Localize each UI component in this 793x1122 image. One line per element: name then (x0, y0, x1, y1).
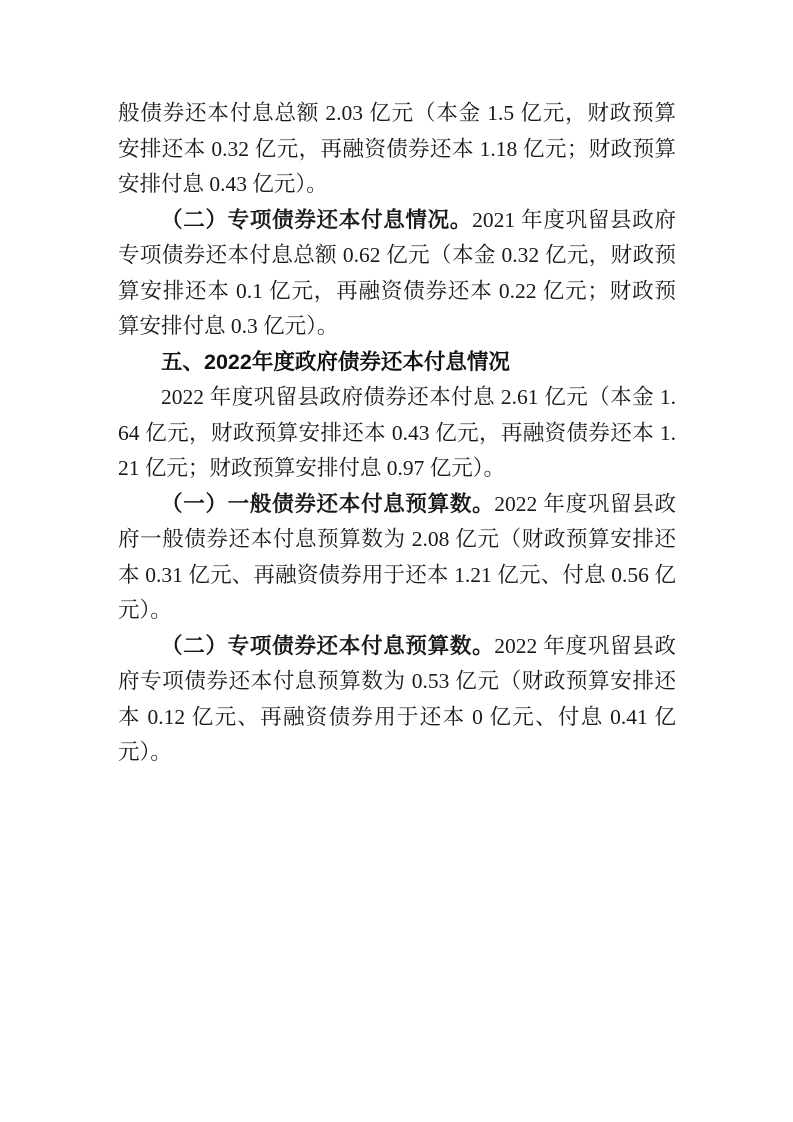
paragraph-lead-general-bond-budget-2022: （一）一般债券还本付息预算数。 (161, 492, 494, 516)
paragraph-text: 般债券还本付息总额 2.03 亿元（本金 1.5 亿元，财政预算安排还本 0.3… (118, 101, 676, 196)
paragraph-total-debt-service-2022: 2022 年度巩留县政府债券还本付息 2.61 亿元（本金 1.64 亿元，财政… (118, 380, 676, 487)
paragraph-text: 2022 年度巩留县政府债券还本付息 2.61 亿元（本金 1.64 亿元，财政… (118, 385, 676, 480)
paragraph-special-bond-2021: （二）专项债券还本付息情况。2021 年度巩留县政府专项债券还本付息总额 0.6… (118, 203, 676, 345)
document-body: 般债券还本付息总额 2.03 亿元（本金 1.5 亿元，财政预算安排还本 0.3… (0, 0, 793, 771)
section-heading-2022-debt-service: 五、2022年度政府债券还本付息情况 (118, 345, 676, 381)
paragraph-general-bond-budget-2022: （一）一般债券还本付息预算数。2022 年度巩留县政府一般债券还本付息预算数为 … (118, 487, 676, 629)
paragraph-special-bond-budget-2022: （二）专项债券还本付息预算数。2022 年度巩留县政府专项债券还本付息预算数为 … (118, 629, 676, 771)
paragraph-lead-special-bond-2021: （二）专项债券还本付息情况。 (161, 208, 472, 232)
paragraph-lead-special-bond-budget-2022: （二）专项债券还本付息预算数。 (161, 634, 494, 658)
paragraph-general-bond-2021-continued: 般债券还本付息总额 2.03 亿元（本金 1.5 亿元，财政预算安排还本 0.3… (118, 96, 676, 203)
document-page: 般债券还本付息总额 2.03 亿元（本金 1.5 亿元，财政预算安排还本 0.3… (0, 0, 793, 1122)
